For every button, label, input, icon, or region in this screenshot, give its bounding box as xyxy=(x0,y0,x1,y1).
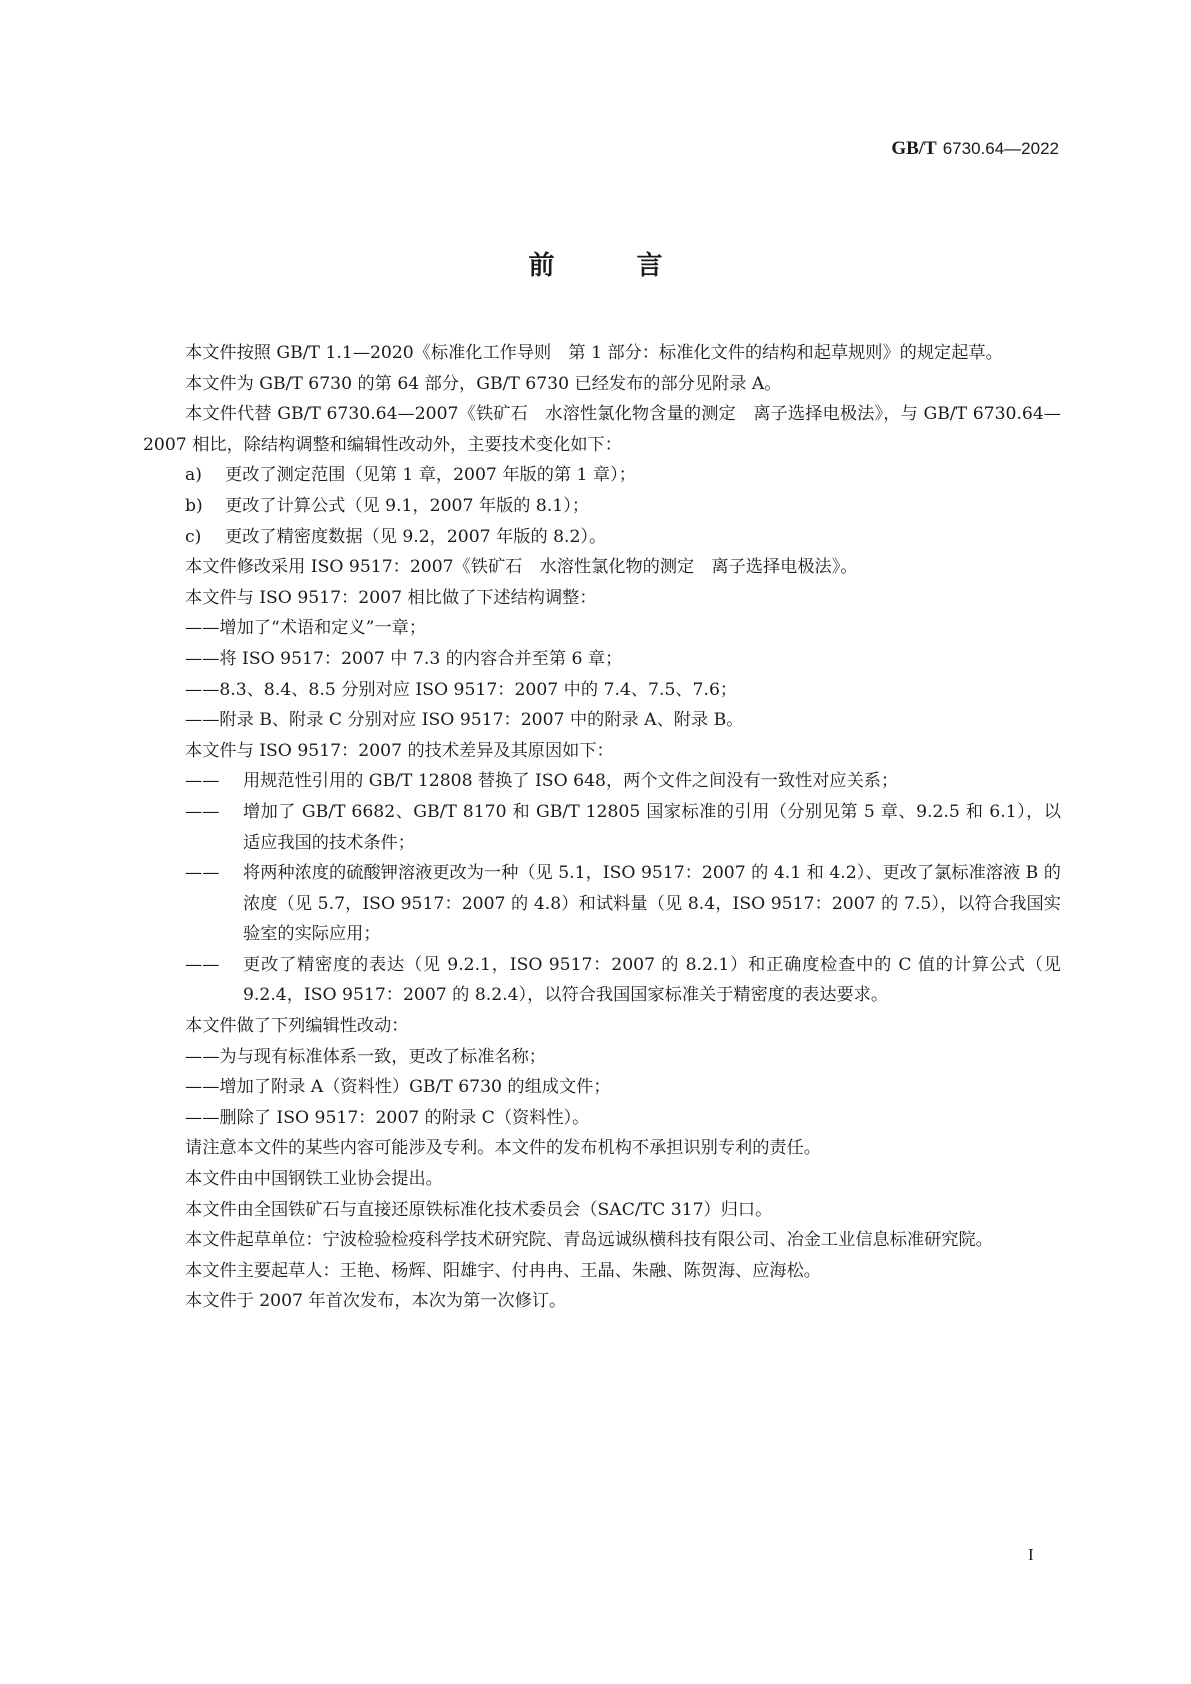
paragraph-drafting-units: 本文件起草单位：宁波检验检疫科学技术研究院、青岛远诚纵横科技有限公司、冶金工业信… xyxy=(143,1225,1061,1256)
list-item: ——8.3、8.4、8.5 分别对应 ISO 9517：2007 中的 7.4、… xyxy=(143,675,1061,706)
list-item: c)更改了精密度数据（见 9.2，2007 年版的 8.2）。 xyxy=(143,522,1061,553)
paragraph-adoption: 本文件修改采用 ISO 9517：2007《铁矿石 水溶性氯化物的测定 离子选择… xyxy=(143,552,1061,583)
paragraph-drafters: 本文件主要起草人：王艳、杨辉、阳雄宇、付冉冉、王晶、朱融、陈贺海、应海松。 xyxy=(143,1256,1061,1287)
standard-prefix: GB/T xyxy=(891,138,936,159)
paragraph-drafting-rules: 本文件按照 GB/T 1.1—2020《标准化工作导则 第 1 部分：标准化文件… xyxy=(143,338,1061,369)
list-item: ——增加了 GB/T 6682、GB/T 8170 和 GB/T 12805 国… xyxy=(143,797,1061,858)
list-item: ——附录 B、附录 C 分别对应 ISO 9517：2007 中的附录 A、附录… xyxy=(143,705,1061,736)
dash-marker: —— xyxy=(185,766,219,797)
list-item: ——增加了附录 A（资料性）GB/T 6730 的组成文件； xyxy=(143,1072,1061,1103)
paragraph-replacement: 本文件代替 GB/T 6730.64—2007《铁矿石 水溶性氯化物含量的测定 … xyxy=(143,399,1061,460)
paragraph-part-info: 本文件为 GB/T 6730 的第 64 部分，GB/T 6730 已经发布的部… xyxy=(143,369,1061,400)
page-title: 前言 xyxy=(0,245,1191,282)
dash-marker: —— xyxy=(185,1077,219,1097)
list-item: a)更改了测定范围（见第 1 章，2007 年版的第 1 章）； xyxy=(143,460,1061,491)
title-char-1: 前 xyxy=(528,245,554,282)
paragraph-patent-notice: 请注意本文件的某些内容可能涉及专利。本文件的发布机构不承担识别专利的责任。 xyxy=(143,1133,1061,1164)
list-item: b)更改了计算公式（见 9.1，2007 年版的 8.1）； xyxy=(143,491,1061,522)
list-item: ——删除了 ISO 9517：2007 的附录 C（资料性）。 xyxy=(143,1103,1061,1134)
list-marker: a) xyxy=(185,460,225,491)
foreword-body: 本文件按照 GB/T 1.1—2020《标准化工作导则 第 1 部分：标准化文件… xyxy=(143,338,1061,1317)
dash-marker: —— xyxy=(185,858,219,889)
list-item: ——将两种浓度的硫酸钾溶液更改为一种（见 5.1，ISO 9517：2007 的… xyxy=(143,858,1061,950)
list-item: ——将 ISO 9517：2007 中 7.3 的内容合并至第 6 章； xyxy=(143,644,1061,675)
dash-marker: —— xyxy=(185,1108,219,1128)
paragraph-proposer: 本文件由中国钢铁工业协会提出。 xyxy=(143,1164,1061,1195)
list-marker: b) xyxy=(185,491,225,522)
dash-marker: —— xyxy=(185,649,219,669)
dash-marker: —— xyxy=(185,797,219,828)
standard-number: 6730.64—2022 xyxy=(943,139,1059,158)
paragraph-editorial-intro: 本文件做了下列编辑性改动： xyxy=(143,1011,1061,1042)
list-item: ——更改了精密度的表达（见 9.2.1，ISO 9517：2007 的 8.2.… xyxy=(143,950,1061,1011)
dash-marker: —— xyxy=(185,710,219,730)
standard-number-header: GB/T6730.64—2022 xyxy=(891,138,1059,160)
dash-marker: —— xyxy=(185,680,219,700)
list-item: ——用规范性引用的 GB/T 12808 替换了 ISO 648，两个文件之间没… xyxy=(143,766,1061,797)
list-item: ——增加了“术语和定义”一章； xyxy=(143,613,1061,644)
dash-marker: —— xyxy=(185,950,219,981)
paragraph-history: 本文件于 2007 年首次发布，本次为第一次修订。 xyxy=(143,1286,1061,1317)
paragraph-structural-intro: 本文件与 ISO 9517：2007 相比做了下述结构调整： xyxy=(143,583,1061,614)
dash-marker: —— xyxy=(185,1047,219,1067)
paragraph-technical-intro: 本文件与 ISO 9517：2007 的技术差异及其原因如下： xyxy=(143,736,1061,767)
page-number: I xyxy=(1028,1545,1034,1565)
title-char-2: 言 xyxy=(637,245,663,282)
list-item: ——为与现有标准体系一致，更改了标准名称； xyxy=(143,1042,1061,1073)
dash-marker: —— xyxy=(185,618,219,638)
list-marker: c) xyxy=(185,522,225,553)
paragraph-committee: 本文件由全国铁矿石与直接还原铁标准化技术委员会（SAC/TC 317）归口。 xyxy=(143,1195,1061,1226)
